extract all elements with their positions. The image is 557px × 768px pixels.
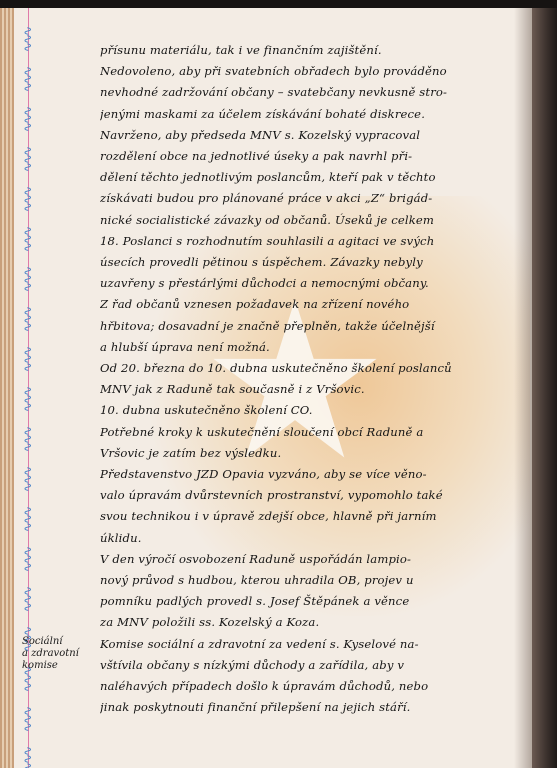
text-line: Od 20. března do 10. dubna uskutečněno š… (100, 358, 530, 379)
text-line: rozdělení obce na jednotlivé úseky a pak… (100, 146, 530, 167)
margin-squiggle: ∿∿∿ (20, 746, 30, 768)
margin-squiggle: ∿∿∿ (20, 586, 30, 608)
margin-squiggle: ∿∿∿ (20, 26, 30, 48)
notebook-page: ∿∿∿∿∿∿∿∿∿∿∿∿∿∿∿∿∿∿∿∿∿∿∿∿∿∿∿∿∿∿∿∿∿∿∿∿∿∿∿∿… (0, 6, 532, 768)
margin-squiggle: ∿∿∿ (20, 546, 30, 568)
margin-squiggle: ∿∿∿ (20, 506, 30, 528)
text-line: Nedovoleno, aby při svatebních obřadech … (100, 61, 530, 82)
margin-note: Sociální a zdravotní komise (22, 636, 92, 672)
text-line: jenými maskami za účelem získávání bohat… (100, 104, 530, 125)
page-edge (0, 6, 14, 768)
text-line: Představenstvo JZD Opavia vyzváno, aby s… (100, 464, 530, 485)
margin-note-line: a zdravotní (22, 648, 92, 660)
margin-squiggle: ∿∿∿ (20, 426, 30, 448)
text-line: Navrženo, aby předseda MNV s. Kozelský v… (100, 125, 530, 146)
margin-squiggle: ∿∿∿ (20, 146, 30, 168)
text-line: MNV jak z Raduně tak současně i z Vršovi… (100, 379, 530, 400)
margin-note-line: komise (22, 660, 92, 672)
margin-squiggle: ∿∿∿ (20, 466, 30, 488)
margin-squiggle: ∿∿∿ (20, 706, 30, 728)
text-line: 10. dubna uskutečněno školení CO. (100, 400, 530, 421)
margin-note-line: Sociální (22, 636, 92, 648)
margin-squiggle: ∿∿∿ (20, 66, 30, 88)
margin-squiggle: ∿∿∿ (20, 226, 30, 248)
margin-squiggle: ∿∿∿ (20, 266, 30, 288)
text-line: nevhodné zadržování občany – svatebčany … (100, 82, 530, 103)
margin-squiggle: ∿∿∿ (20, 106, 30, 128)
text-line: a hlubší úprava není možná. (100, 337, 530, 358)
book-binding (532, 0, 557, 768)
text-line: naléhavých případech došlo k úpravám důc… (100, 676, 530, 697)
text-line: pomníku padlých provedl s. Josef Štěpáne… (100, 591, 530, 612)
margin-squiggle: ∿∿∿ (20, 346, 30, 368)
text-line: Vršovic je zatím bez výsledku. (100, 443, 530, 464)
text-line: svou technikou i v úpravě zdejší obce, h… (100, 506, 530, 527)
text-line: přísunu materiálu, tak i ve finančním za… (100, 40, 530, 61)
text-line: úsecích provedli pětinou s úspěchem. Záv… (100, 252, 530, 273)
handwritten-text: přísunu materiálu, tak i ve finančním za… (100, 40, 530, 719)
text-line: získávati budou pro plánované práce v ak… (100, 188, 530, 209)
text-line: jinak poskytnouti finanční přilepšení na… (100, 697, 530, 718)
margin-squiggle: ∿∿∿ (20, 186, 30, 208)
text-line: Z řad občanů vznesen požadavek na zřízen… (100, 294, 530, 315)
margin-squiggle: ∿∿∿ (20, 306, 30, 328)
text-line: 18. Poslanci s rozhodnutím souhlasili a … (100, 231, 530, 252)
text-line: nické socialistické závazky od občanů. Ú… (100, 210, 530, 231)
text-line: vštívila občany s nízkými důchody a zaří… (100, 655, 530, 676)
text-line: nový průvod s hudbou, kterou uhradila OB… (100, 570, 530, 591)
text-line: Potřebné kroky k uskutečnění sloučení ob… (100, 422, 530, 443)
margin-squiggle: ∿∿∿ (20, 386, 30, 408)
text-line: za MNV položili ss. Kozelský a Koza. (100, 612, 530, 633)
text-line: dělení těchto jednotlivým poslancům, kte… (100, 167, 530, 188)
text-line: hřbitova; dosavadní je značně přeplněn, … (100, 316, 530, 337)
text-line: Komise sociální a zdravotní za vedení s.… (100, 634, 530, 655)
top-edge (0, 0, 557, 8)
text-line: uzavřeny s přestárlými důchodci a nemocn… (100, 273, 530, 294)
text-line: valo úpravám dvůrstevních prostranství, … (100, 485, 530, 506)
text-line: úklidu. (100, 528, 530, 549)
text-line: V den výročí osvobození Raduně uspořádán… (100, 549, 530, 570)
